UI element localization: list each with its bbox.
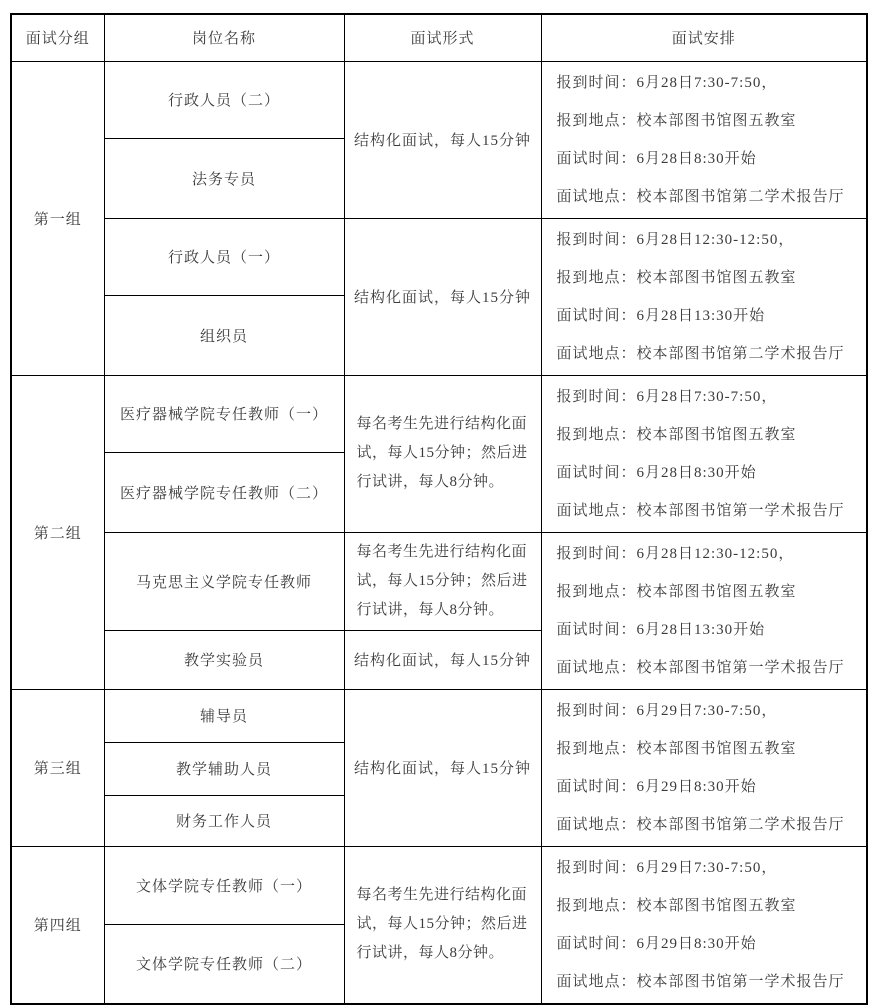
position-cell: 辅导员 bbox=[104, 689, 344, 742]
arrangement-cell: 报到时间：6月29日7:30-7:50， 报到地点：校本部图书馆图五教室 面试时… bbox=[541, 689, 867, 846]
arrangement-line: 面试时间：6月29日8:30开始 bbox=[557, 768, 861, 806]
format-cell: 每名考生先进行结构化面试，每人15分钟；然后进行试讲，每人8分钟。 bbox=[344, 846, 541, 1004]
position-cell: 行政人员（二） bbox=[104, 61, 344, 139]
arrangement-line: 报到时间：6月28日12:30-12:50， bbox=[557, 535, 861, 573]
arrangement-line: 报到地点：校本部图书馆图五教室 bbox=[557, 887, 861, 925]
arrangement-cell: 报到时间：6月28日7:30-7:50， 报到地点：校本部图书馆图五教室 面试时… bbox=[541, 375, 867, 532]
arrangement-cell: 报到时间：6月28日7:30-7:50， 报到地点：校本部图书馆图五教室 面试时… bbox=[541, 61, 867, 218]
format-cell: 每名考生先进行结构化面试，每人15分钟；然后进行试讲，每人8分钟。 bbox=[344, 532, 541, 630]
format-cell: 每名考生先进行结构化面试，每人15分钟；然后进行试讲，每人8分钟。 bbox=[344, 375, 541, 532]
position-cell: 教学辅助人员 bbox=[104, 742, 344, 795]
arrangement-line: 报到地点：校本部图书馆图五教室 bbox=[557, 416, 861, 454]
table-row: 第一组 行政人员（二） 结构化面试，每人15分钟 报到时间：6月28日7:30-… bbox=[11, 61, 867, 139]
table-row: 第二组 医疗器械学院专任教师（一） 每名考生先进行结构化面试，每人15分钟；然后… bbox=[11, 375, 867, 453]
arrangement-line: 面试地点：校本部图书馆第一学术报告厅 bbox=[557, 492, 861, 530]
position-cell: 文体学院专任教师（二） bbox=[104, 925, 344, 1004]
header-cell-position: 岗位名称 bbox=[104, 14, 344, 61]
arrangement-line: 报到时间：6月28日7:30-7:50， bbox=[557, 378, 861, 416]
format-cell: 结构化面试，每人15分钟 bbox=[344, 630, 541, 689]
position-cell: 教学实验员 bbox=[104, 630, 344, 689]
header-row: 面试分组 岗位名称 面试形式 面试安排 bbox=[11, 14, 867, 61]
position-cell: 行政人员（一） bbox=[104, 218, 344, 296]
interview-schedule-table: 面试分组 岗位名称 面试形式 面试安排 第一组 行政人员（二） 结构化面试，每人… bbox=[10, 13, 868, 1005]
arrangement-cell: 报到时间：6月28日12:30-12:50， 报到地点：校本部图书馆图五教室 面… bbox=[541, 532, 867, 689]
position-cell: 文体学院专任教师（一） bbox=[104, 846, 344, 925]
arrangement-line: 面试地点：校本部图书馆第二学术报告厅 bbox=[557, 335, 861, 373]
arrangement-line: 面试地点：校本部图书馆第一学术报告厅 bbox=[557, 649, 861, 687]
header-cell-arrangement: 面试安排 bbox=[541, 14, 867, 61]
arrangement-cell: 报到时间：6月29日7:30-7:50， 报到地点：校本部图书馆图五教室 面试时… bbox=[541, 846, 867, 1004]
arrangement-line: 报到时间：6月29日7:30-7:50， bbox=[557, 849, 861, 887]
arrangement-line: 报到地点：校本部图书馆图五教室 bbox=[557, 102, 861, 140]
position-cell: 组织员 bbox=[104, 296, 344, 375]
page-canvas: 面试分组 岗位名称 面试形式 面试安排 第一组 行政人员（二） 结构化面试，每人… bbox=[0, 0, 876, 1007]
table-row: 第四组 文体学院专任教师（一） 每名考生先进行结构化面试，每人15分钟；然后进行… bbox=[11, 846, 867, 925]
group-label: 第一组 bbox=[11, 61, 104, 375]
position-cell: 医疗器械学院专任教师（二） bbox=[104, 453, 344, 532]
arrangement-line: 面试时间：6月28日13:30开始 bbox=[557, 611, 861, 649]
arrangement-line: 面试时间：6月28日8:30开始 bbox=[557, 140, 861, 178]
arrangement-line: 报到地点：校本部图书馆图五教室 bbox=[557, 259, 861, 297]
format-cell: 结构化面试，每人15分钟 bbox=[344, 689, 541, 846]
position-cell: 法务专员 bbox=[104, 139, 344, 218]
arrangement-line: 面试地点：校本部图书馆第二学术报告厅 bbox=[557, 178, 861, 216]
arrangement-line: 面试地点：校本部图书馆第一学术报告厅 bbox=[557, 963, 861, 1001]
arrangement-line: 面试时间：6月29日8:30开始 bbox=[557, 925, 861, 963]
position-cell: 马克思主义学院专任教师 bbox=[104, 532, 344, 630]
format-cell: 结构化面试，每人15分钟 bbox=[344, 218, 541, 375]
position-cell: 医疗器械学院专任教师（一） bbox=[104, 375, 344, 453]
header-cell-group: 面试分组 bbox=[11, 14, 104, 61]
table-row: 第三组 辅导员 结构化面试，每人15分钟 报到时间：6月29日7:30-7:50… bbox=[11, 689, 867, 742]
format-cell: 结构化面试，每人15分钟 bbox=[344, 61, 541, 218]
arrangement-line: 报到地点：校本部图书馆图五教室 bbox=[557, 573, 861, 611]
arrangement-line: 面试时间：6月28日8:30开始 bbox=[557, 454, 861, 492]
group-label: 第三组 bbox=[11, 689, 104, 846]
group-label: 第二组 bbox=[11, 375, 104, 689]
arrangement-cell: 报到时间：6月28日12:30-12:50， 报到地点：校本部图书馆图五教室 面… bbox=[541, 218, 867, 375]
table-row: 马克思主义学院专任教师 每名考生先进行结构化面试，每人15分钟；然后进行试讲，每… bbox=[11, 532, 867, 630]
arrangement-line: 报到地点：校本部图书馆图五教室 bbox=[557, 730, 861, 768]
position-cell: 财务工作人员 bbox=[104, 795, 344, 846]
arrangement-line: 面试时间：6月28日13:30开始 bbox=[557, 297, 861, 335]
table-row: 行政人员（一） 结构化面试，每人15分钟 报到时间：6月28日12:30-12:… bbox=[11, 218, 867, 296]
arrangement-line: 面试地点：校本部图书馆第二学术报告厅 bbox=[557, 806, 861, 844]
header-cell-format: 面试形式 bbox=[344, 14, 541, 61]
arrangement-line: 报到时间：6月28日7:30-7:50， bbox=[557, 64, 861, 102]
group-label: 第四组 bbox=[11, 846, 104, 1004]
arrangement-line: 报到时间：6月28日12:30-12:50， bbox=[557, 221, 861, 259]
arrangement-line: 报到时间：6月29日7:30-7:50， bbox=[557, 692, 861, 730]
